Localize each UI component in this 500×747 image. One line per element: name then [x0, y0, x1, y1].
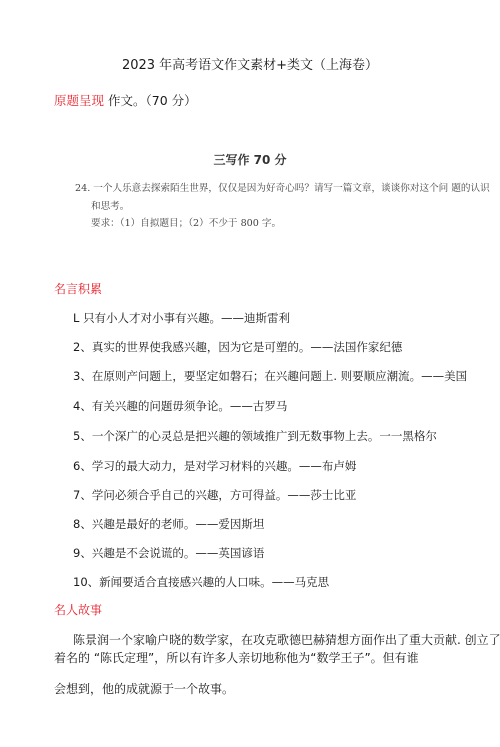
section-heading-original: 原题呈现	[54, 93, 104, 108]
section-heading-story: 名人故事	[54, 601, 102, 618]
quote-item: 7、学问必须合乎自己的兴趣，方可得益。——莎士比亚	[73, 487, 356, 503]
document-title: 2023 年高考语文作文素材+类文（上海卷）	[0, 54, 500, 73]
quote-item: 6、学习的最大动力，是对学习材料的兴趣。——布卢姆	[73, 458, 356, 474]
section-heading-quotes: 名言积累	[54, 280, 102, 297]
story-line-1: 陈景润一个家喻户晓的数学家，在攻克歌德巴赫猜想方面作出了重大贡献. 创立了	[73, 631, 500, 648]
quote-item: 9、兴趣是不会说谎的。——英国谚语	[73, 545, 264, 561]
quote-item: 2、真实的世界使我感兴趣，因为它是可塑的。——法国作家纪德	[73, 339, 402, 355]
quote-item: L 只有小人才对小事有兴趣。——迪斯雷利	[73, 310, 290, 326]
question-requirements: 要求：（1）自拟题目；（2）不少于 800 字。	[91, 215, 281, 229]
question-subtitle: 三写作 70 分	[0, 151, 500, 168]
story-line-3: 会想到，他的成就源于一个故事。	[54, 680, 234, 697]
quote-item: 4、有关兴趣的问题毋须争论。——古罗马	[73, 398, 287, 414]
quote-item: 5、一个深广的心灵总是把兴趣的领域推广到无数事物上去。一一黑格尔	[73, 428, 437, 444]
quote-item: 3、在原则产问题上，要坚定如磐石；在兴趣问题上. 则要顺应潮流。——美国	[73, 368, 467, 384]
original-question-text: 作文。（70 分）	[108, 93, 197, 108]
question-line-1: 24. 一个人乐意去探索陌生世界，仅仅是因为好奇心吗？请写一篇文章，谈谈你对这个…	[75, 180, 490, 194]
question-line-2: 和思考。	[91, 198, 129, 212]
section-original-question: 原题呈现作文。（70 分）	[54, 91, 197, 109]
story-line-2: 着名的 “陈氏定理”，所以有许多人亲切地称他为“数学王子”。但有谁	[54, 649, 419, 666]
quote-item: 10、新闻要适合直接感兴趣的人口味。——马克思	[73, 574, 329, 590]
quote-item: 8、兴趣是最好的老师。——爱因斯坦	[73, 516, 264, 532]
